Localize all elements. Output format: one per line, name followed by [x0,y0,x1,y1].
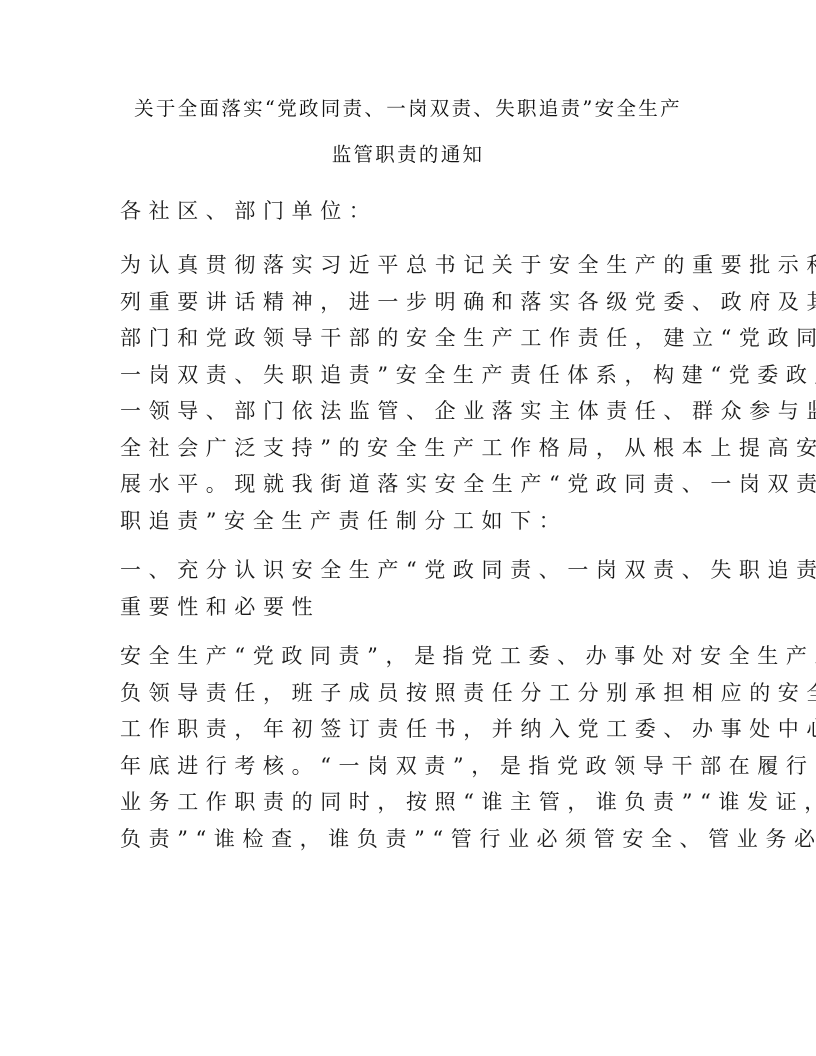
section-paragraph-line: 工作职责，年初签订责任书，并纳入党工委、办事处中心工作， [120,716,710,742]
section-paragraph-line: 业务工作职责的同时，按照“谁主管，谁负责”“谁发证，谁 [120,789,710,815]
intro-paragraph-line: 列重要讲话精神，进一步明确和落实各级党委、政府及其工作 [120,289,710,315]
intro-paragraph-line: 全社会广泛支持”的安全生产工作格局，从根本上提高安全发 [120,435,710,461]
intro-paragraph-line: 一领导、部门依法监管、企业落实主体责任、群众参与监督、 [120,398,710,424]
salutation: 各社区、部门单位： [120,198,710,224]
intro-paragraph-line: 部门和党政领导干部的安全生产工作责任，建立“党政同责、 [120,325,710,351]
intro-paragraph-line: 展水平。现就我街道落实安全生产“党政同责、一岗双责、失 [120,471,710,497]
section-paragraph-line: 负责”“谁检查，谁负责”“管行业必须管安全、管业务必须 [120,826,710,852]
section-paragraph-line: 安全生产“党政同责”，是指党工委、办事处对安全生产工作 [120,643,710,669]
section-heading-line: 一、充分认识安全生产“党政同责、一岗双责、失职追责”的 [120,557,710,583]
section-paragraph-line: 负领导责任，班子成员按照责任分工分别承担相应的安全生产 [120,680,710,706]
document-title-line-2: 监管职责的通知 [100,143,716,167]
intro-paragraph-line: 为认真贯彻落实习近平总书记关于安全生产的重要批示和一系 [120,252,710,278]
document-page: 关于全面落实“党政同责、一岗双责、失职追责”安全生产 监管职责的通知 各社区、部… [0,0,816,1056]
intro-paragraph-line: 职追责”安全生产责任制分工如下： [120,508,710,534]
intro-paragraph-line: 一岗双责、失职追责”安全生产责任体系，构建“党委政府统 [120,362,710,388]
section-paragraph-line: 年底进行考核。“一岗双责”，是指党政领导干部在履行岗位 [120,753,710,779]
section-heading-line: 重要性和必要性 [120,594,710,620]
document-title-line-1: 关于全面落实“党政同责、一岗双责、失职追责”安全生产 [100,97,716,121]
